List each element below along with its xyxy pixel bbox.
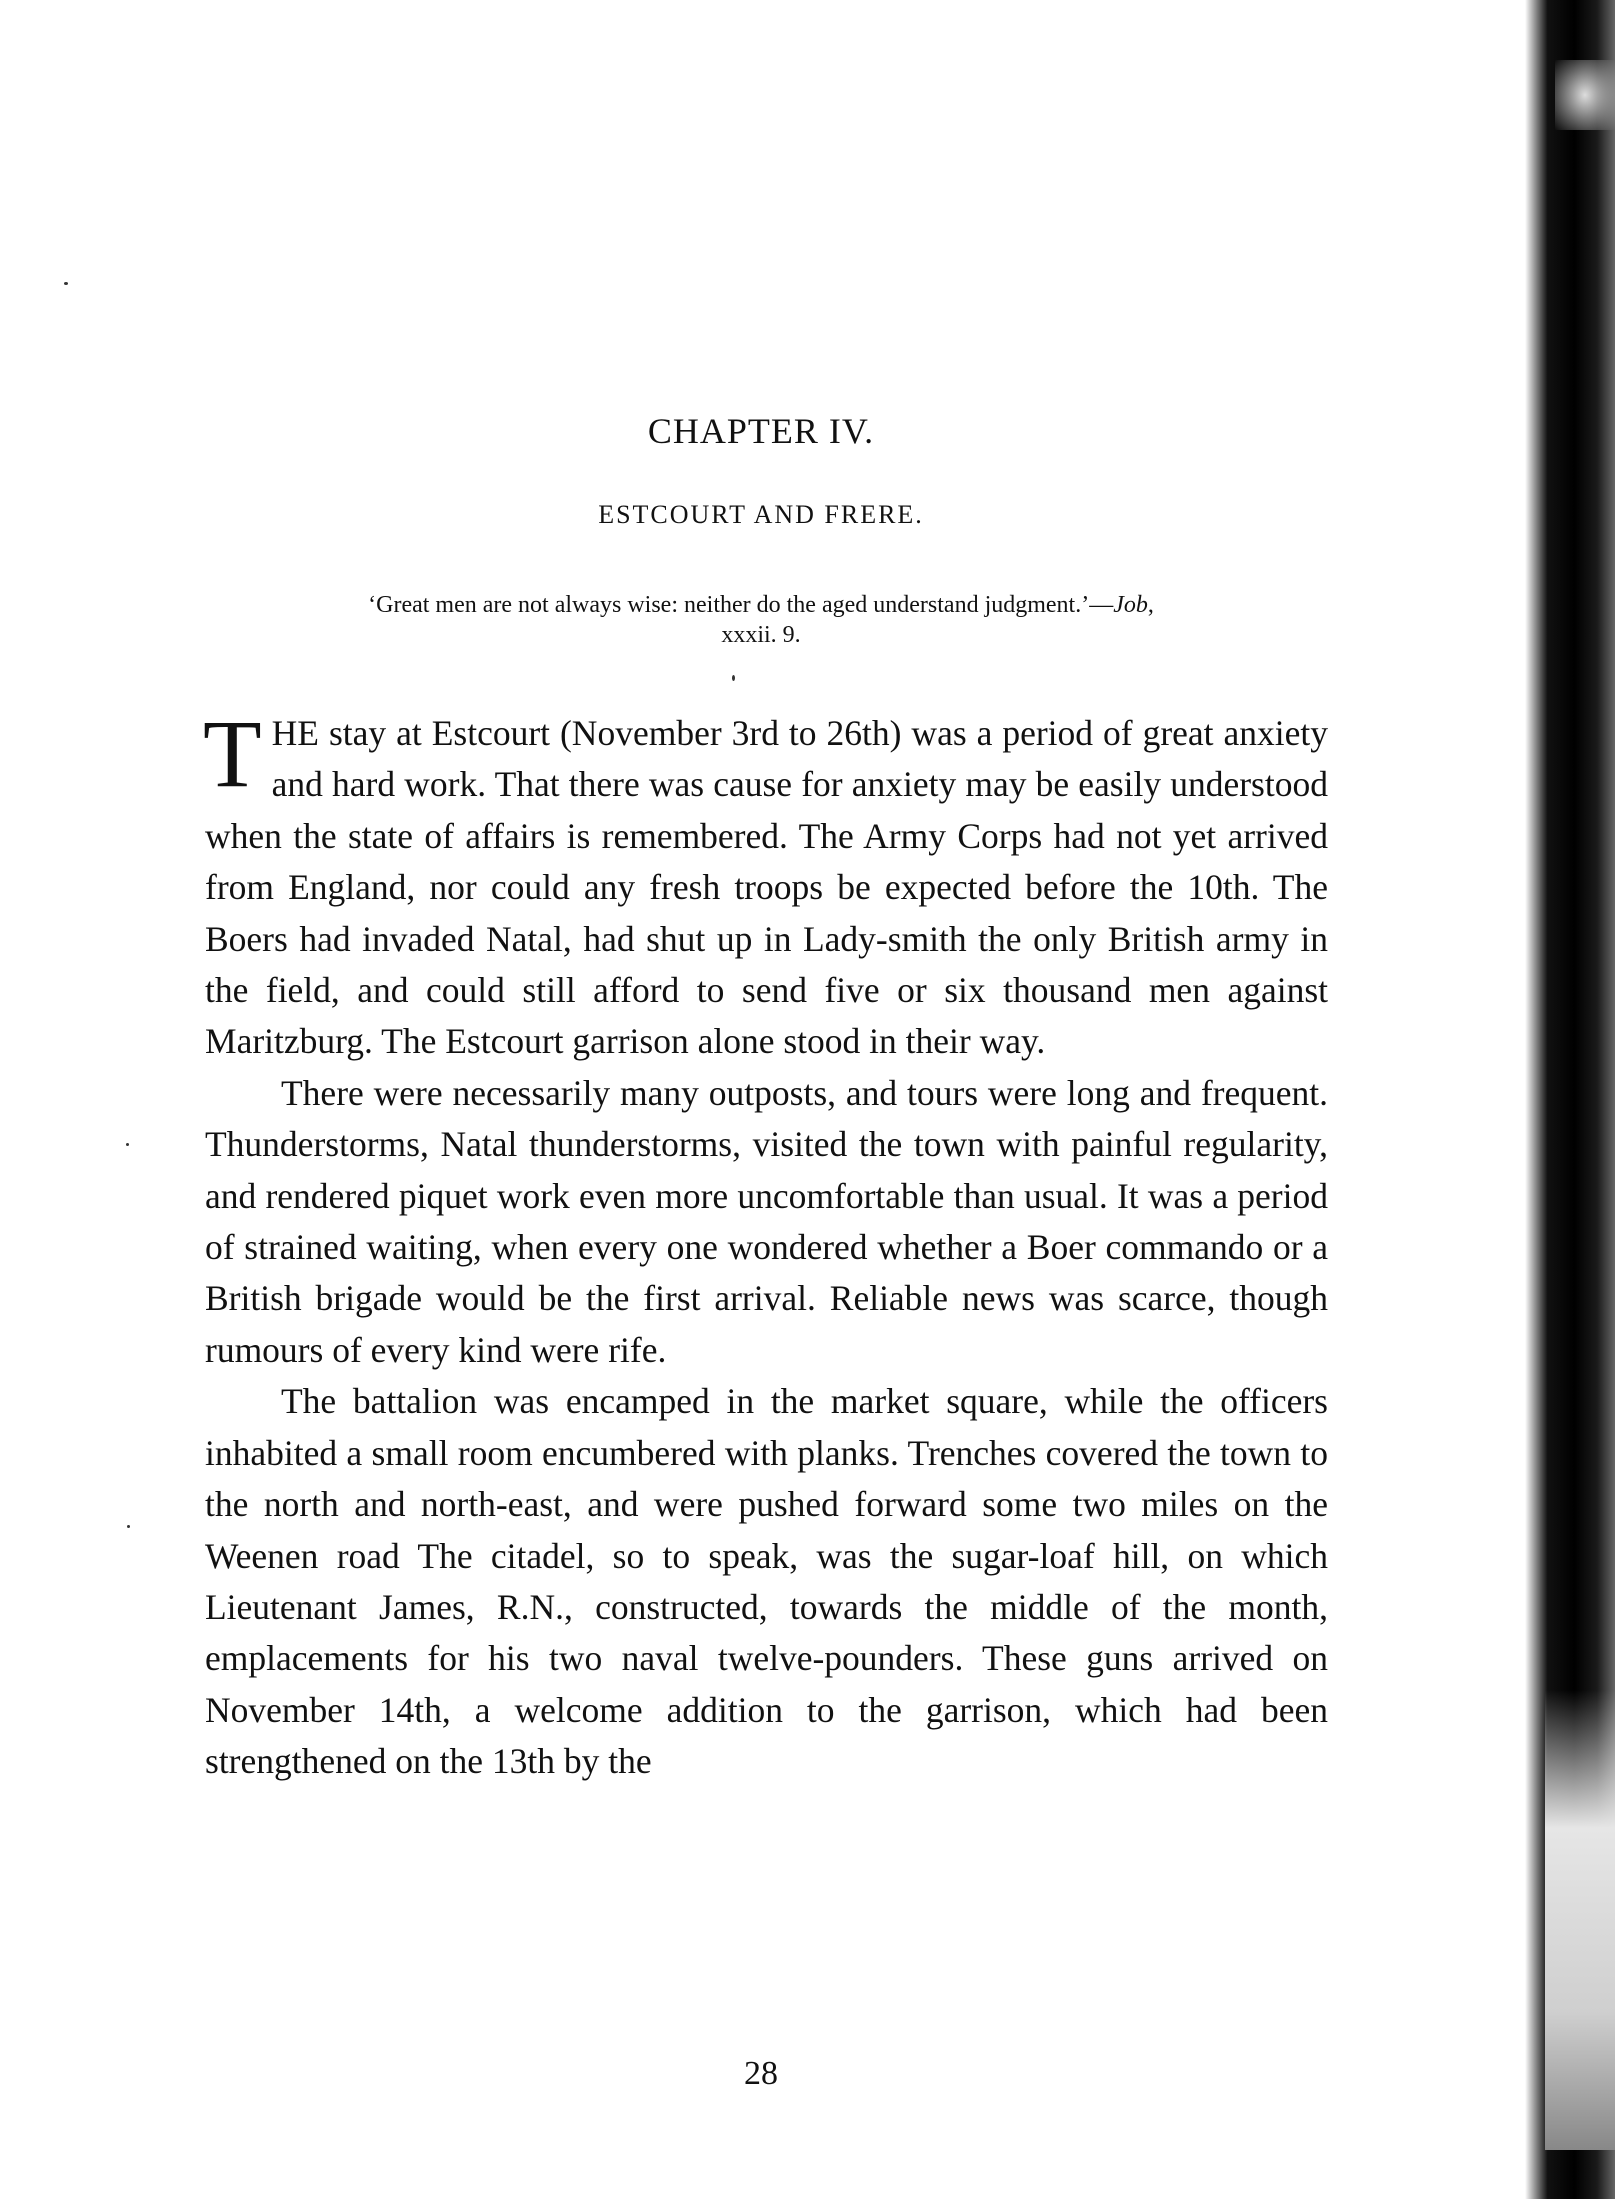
drop-cap: T: [203, 714, 262, 794]
paragraph-2: There were necessarily many outposts, an…: [205, 1068, 1328, 1376]
page-number: 28: [0, 2055, 1522, 2093]
scan-speck: [64, 282, 68, 285]
paragraph-1: THE stay at Estcourt (November 3rd to 26…: [205, 708, 1328, 1068]
scan-light-patch: [1555, 60, 1615, 130]
epigraph-text: ‘Great men are not always wise: neither …: [368, 592, 1113, 618]
epigraph-source: Job: [1113, 592, 1148, 618]
scan-light-patch: [1545, 1690, 1615, 2150]
paragraph-3: The battalion was encamped in the market…: [205, 1376, 1328, 1787]
chapter-title: CHAPTER IV.: [0, 410, 1522, 452]
scan-binding-shadow: [1525, 0, 1615, 2199]
chapter-subtitle: ESTCOURT AND FRERE.: [0, 500, 1522, 530]
scan-speck: [126, 1143, 129, 1146]
scan-speck: [127, 1525, 130, 1528]
book-page: CHAPTER IV. ESTCOURT AND FRERE. ‘Great m…: [0, 0, 1615, 2199]
body-text: THE stay at Estcourt (November 3rd to 26…: [205, 708, 1328, 1788]
epigraph: ‘Great men are not always wise: neither …: [350, 590, 1172, 650]
scan-speck: [732, 675, 735, 681]
paragraph-1-text: HE stay at Estcourt (November 3rd to 26t…: [205, 713, 1328, 1061]
